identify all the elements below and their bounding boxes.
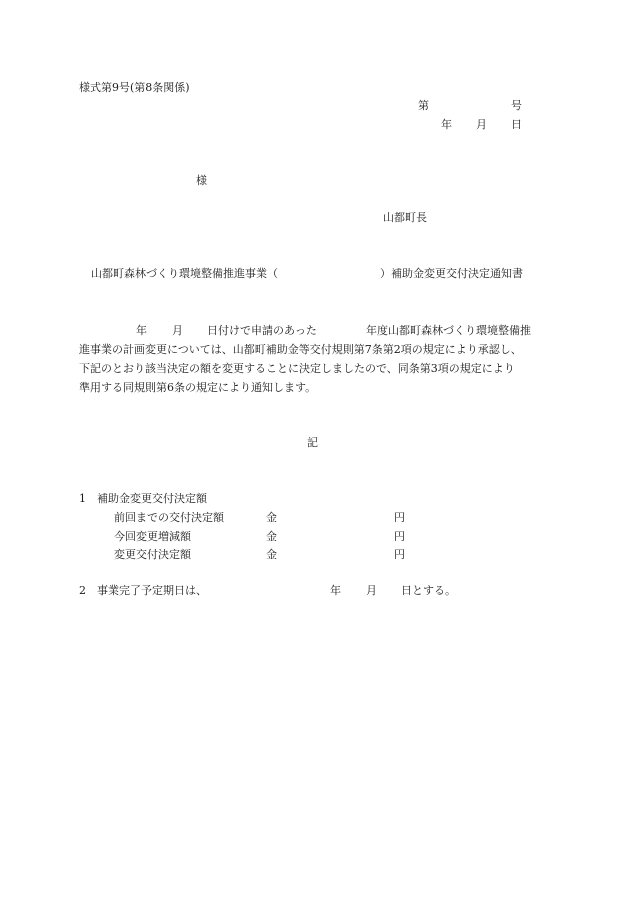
body-line-1: 年 月 日付けで申請のあった 年度山都町森林づくり環境整備推 bbox=[79, 321, 559, 340]
section2-number: 2 bbox=[79, 584, 86, 598]
previous-amount-unit: 円 bbox=[394, 511, 405, 525]
document-number-prefix: 第 bbox=[418, 99, 429, 113]
document-title-left: 山都町森林づくり環境整備推進事業（ bbox=[91, 267, 278, 281]
record-heading: 記 bbox=[307, 436, 318, 450]
body-date-text: 日付けで申請のあった bbox=[207, 321, 317, 340]
sender-title: 山都町長 bbox=[383, 211, 427, 225]
body-line-4: 準用する同規則第6条の規定により通知します。 bbox=[79, 378, 559, 397]
date-year: 年 bbox=[441, 118, 452, 132]
section2-text: 事業完了予定期日は、 bbox=[97, 584, 207, 598]
section1-number: 1 bbox=[79, 492, 86, 506]
change-amount-prefix: 金 bbox=[266, 530, 277, 544]
date-day: 日 bbox=[511, 118, 522, 132]
date-month: 月 bbox=[476, 118, 487, 132]
form-label: 様式第9号(第8条関係) bbox=[79, 81, 190, 95]
body-paragraph: 年 月 日付けで申請のあった 年度山都町森林づくり環境整備推 進事業の計画変更に… bbox=[79, 321, 559, 397]
change-amount-label: 今回変更増減額 bbox=[114, 530, 191, 544]
body-line-2: 進事業の計画変更については、山都町補助金等交付規則第7条第2項の規定により承認し… bbox=[79, 340, 559, 359]
revised-amount-unit: 円 bbox=[394, 548, 405, 562]
body-year: 年 bbox=[136, 321, 147, 340]
change-amount-unit: 円 bbox=[394, 530, 405, 544]
document-number-suffix: 号 bbox=[511, 99, 522, 113]
body-line-3: 下記のとおり該当決定の額を変更することに決定しましたので、同条第3項の規定により bbox=[79, 359, 559, 378]
document-title-right: ）補助金変更交付決定通知書 bbox=[380, 267, 523, 281]
section2-day: 日とする。 bbox=[401, 584, 456, 598]
revised-amount-label: 変更交付決定額 bbox=[114, 548, 191, 562]
section2-year: 年 bbox=[330, 584, 341, 598]
section1-title: 補助金変更交付決定額 bbox=[97, 492, 207, 506]
body-fiscal-year-text: 年度山都町森林づくり環境整備推 bbox=[366, 321, 531, 340]
body-month: 月 bbox=[172, 321, 183, 340]
previous-amount-prefix: 金 bbox=[266, 511, 277, 525]
previous-amount-label: 前回までの交付決定額 bbox=[114, 511, 224, 525]
revised-amount-prefix: 金 bbox=[266, 548, 277, 562]
section2-month: 月 bbox=[366, 584, 377, 598]
addressee-honorific: 様 bbox=[196, 174, 207, 188]
